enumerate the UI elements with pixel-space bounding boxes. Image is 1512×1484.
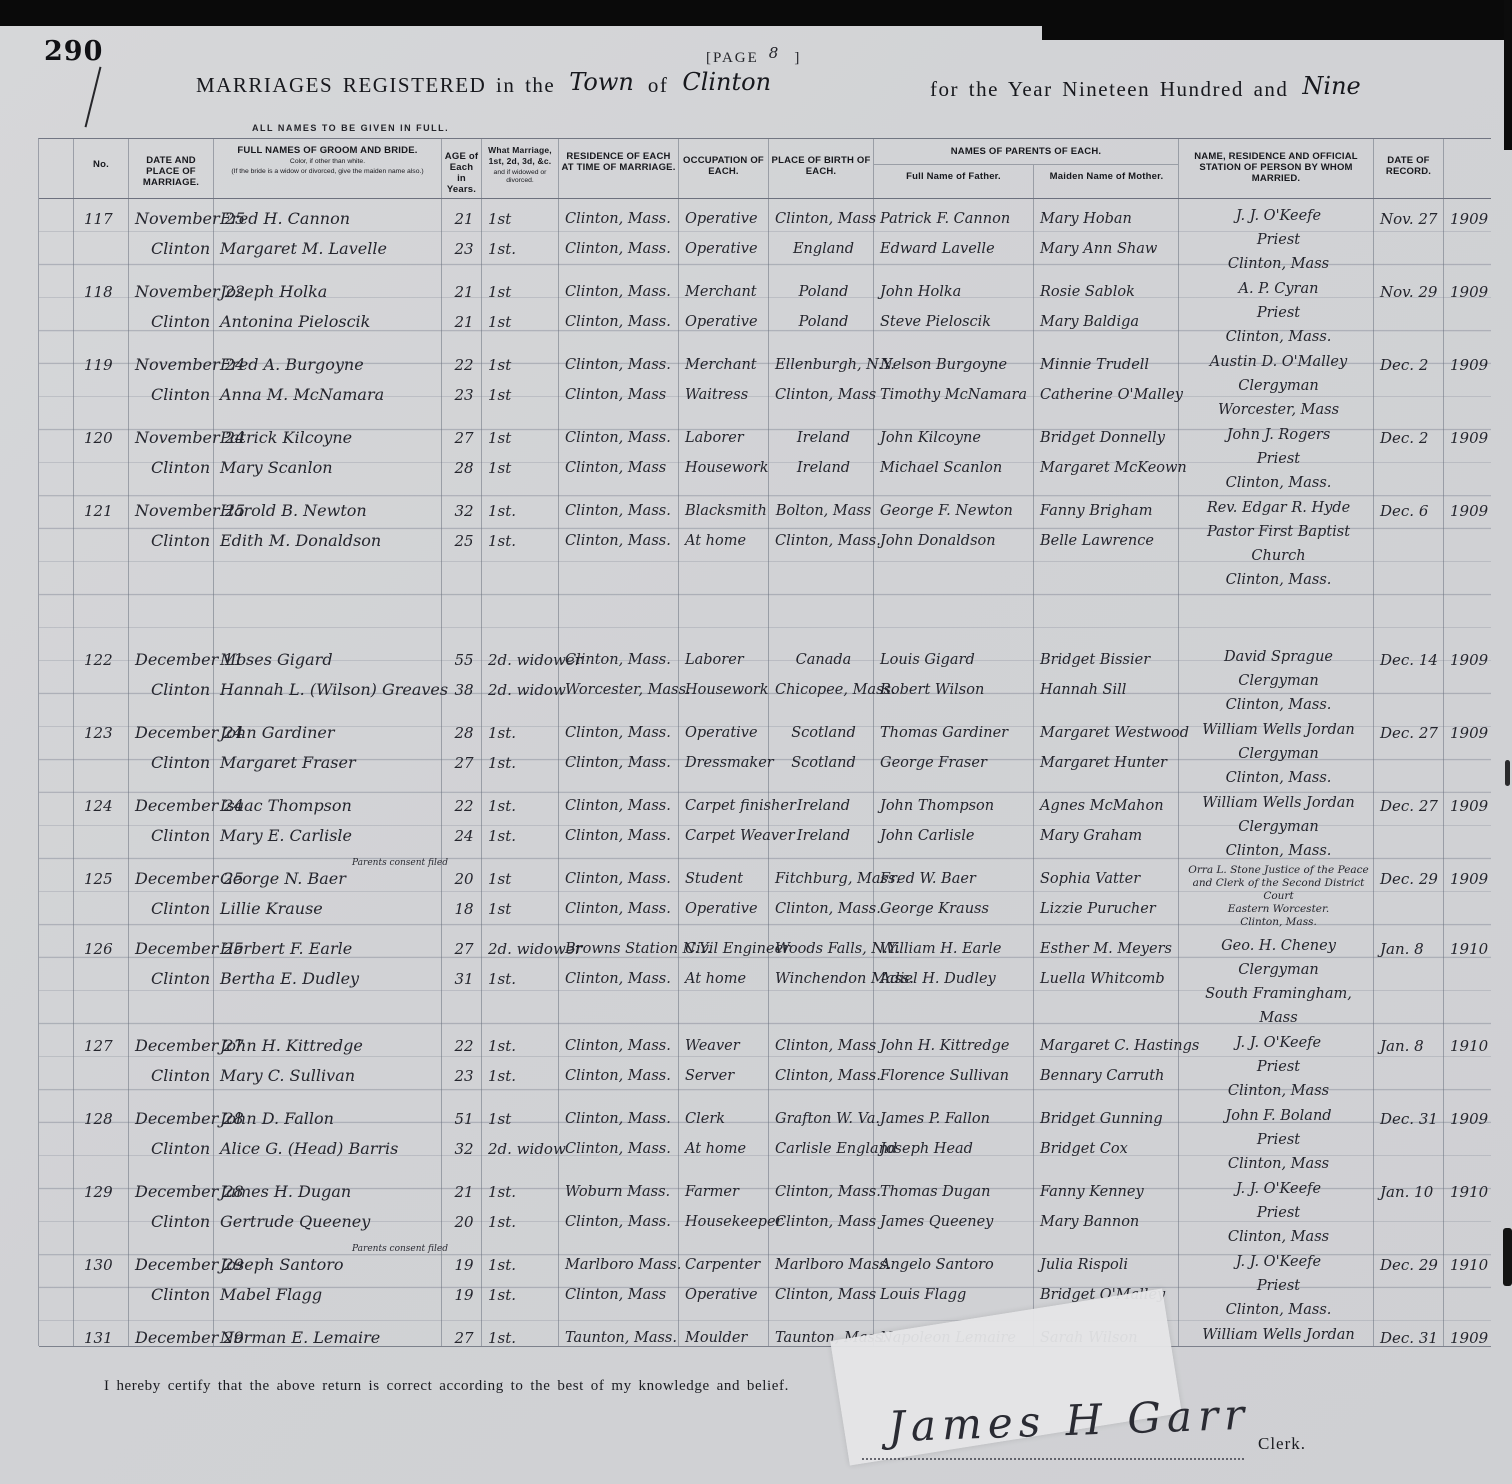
groom-occupation: Blacksmith (685, 496, 767, 526)
occ-cell: MerchantOperative (679, 276, 769, 349)
groom-mother: Fanny Kenney (1040, 1177, 1177, 1207)
rec-cell: Dec. 6 (1374, 495, 1444, 592)
groom-residence: Clinton, Mass. (565, 718, 677, 748)
age-cell: 2120 (442, 1176, 482, 1249)
bride-age: 27 (448, 748, 480, 778)
year-cell: 1909 (1444, 790, 1491, 863)
year-cell: 1909 (1444, 644, 1491, 717)
bride-name: Alice G. (Head) Barris (220, 1134, 440, 1164)
bride-residence: Clinton, Mass (565, 453, 677, 483)
groom-residence: Clinton, Mass. (565, 496, 677, 526)
groom-marriage-number: 1st. (488, 1323, 557, 1347)
by-cell: John J. RogersPriestClinton, Mass. (1179, 422, 1374, 495)
groom-occupation: Clerk (685, 1104, 767, 1134)
register-row: 130December 29ClintonJoseph SantoroMabel… (39, 1249, 1491, 1322)
header-parents-group: NAMES OF PARENTS OF EACH. Full Name of F… (874, 139, 1179, 198)
record-date: Dec. 2 (1380, 423, 1442, 453)
rec-cell: Nov. 29 (1374, 276, 1444, 349)
town-name-handwritten: Clinton (668, 68, 785, 96)
edge-cell (39, 1030, 74, 1103)
register-row: 124December 24ClintonIsaac ThompsonMary … (39, 790, 1491, 863)
married-by-line: John J. Rogers (1185, 423, 1372, 447)
entry-number: 121 (80, 496, 127, 526)
groom-mother: Margaret Westwood (1040, 718, 1177, 748)
by-cell: J. J. O'KeefePriestClinton, Mass (1179, 203, 1374, 276)
birth-cell: IrelandIreland (769, 790, 874, 863)
father-cell: George F. NewtonJohn Donaldson (874, 495, 1034, 592)
header-married-by: NAME, RESIDENCE AND OFFICIAL STATION OF … (1179, 139, 1374, 198)
bride-occupation: Operative (685, 1280, 767, 1310)
bride-residence: Clinton, Mass. (565, 307, 677, 337)
year-cell: 1909 (1444, 422, 1491, 495)
register-title: MARRIAGES REGISTERED in theTownofClinton (196, 70, 785, 98)
entry-number: 128 (80, 1104, 127, 1134)
groom-residence: Clinton, Mass. (565, 277, 677, 307)
married-by-line: Priest (1185, 1201, 1372, 1225)
mother-cell: Agnes McMahonMary Graham (1034, 790, 1179, 863)
bride-residence: Clinton, Mass. (565, 234, 677, 264)
signature-dotted-line (862, 1458, 1244, 1460)
header-full-names: FULL NAMES OF GROOM AND BRIDE. Color, if… (214, 139, 442, 198)
marriage-date: December 29 (135, 1250, 212, 1280)
m-cell: 1st1st (482, 863, 559, 933)
paper-background: 290 [PAGE8] MARRIAGES REGISTERED in theT… (0, 26, 1512, 1484)
marriage-place: Clinton (135, 964, 212, 994)
m-cell: 1st1st (482, 422, 559, 495)
married-by-line: Rev. Edgar R. Hyde (1185, 496, 1372, 520)
m-cell: 1st.1st. (482, 1030, 559, 1103)
rec-cell: Dec. 14 (1374, 644, 1444, 717)
bride-name: Margaret Fraser (220, 748, 440, 778)
marriage-place: Clinton (135, 675, 212, 705)
groom-occupation: Merchant (685, 350, 767, 380)
bride-birthplace: Poland (775, 307, 872, 337)
bride-age: 28 (448, 453, 480, 483)
mother-cell: Minnie TrudellCatherine O'Malley (1034, 349, 1179, 422)
age-cell: 2018 (442, 863, 482, 933)
header-edge-column (39, 139, 74, 198)
by-cell: Orra L. Stone Justice of the Peaceand Cl… (1179, 863, 1374, 933)
scan-edge-mark (1503, 1228, 1512, 1286)
rec-cell: Dec. 27 (1374, 717, 1444, 790)
marriage-date: November 25 (135, 204, 212, 234)
groom-occupation: Operative (685, 204, 767, 234)
groom-name: Herbert F. Earle (220, 934, 440, 964)
marriage-place: Clinton (135, 1207, 212, 1237)
no-cell: 126 (74, 933, 129, 1030)
no-cell: 130 (74, 1249, 129, 1322)
groom-age: 32 (448, 496, 480, 526)
by-cell: John F. BolandPriestClinton, Mass (1179, 1103, 1374, 1176)
record-date: Jan. 10 (1380, 1177, 1442, 1207)
scan-edge-mark-small (1505, 760, 1510, 786)
names-cell: Fred A. BurgoyneAnna M. McNamara (214, 349, 442, 422)
bride-mother: Margaret McKeown (1040, 453, 1177, 483)
groom-mother: Agnes McMahon (1040, 791, 1177, 821)
groom-marriage-number: 1st (488, 864, 557, 894)
entry-number: 118 (80, 277, 127, 307)
groom-name: Fred A. Burgoyne (220, 350, 440, 380)
groom-birthplace: Clinton, Mass (775, 1031, 872, 1061)
edge-cell (39, 1249, 74, 1322)
rec-cell: Dec. 2 (1374, 422, 1444, 495)
bride-occupation: Dressmaker (685, 748, 767, 778)
record-date: Dec. 27 (1380, 718, 1442, 748)
year-cell: 1910 (1444, 933, 1491, 1030)
father-cell: Thomas GardinerGeorge Fraser (874, 717, 1034, 790)
birth-cell: Grafton W. Va.Carlisle England (769, 1103, 874, 1176)
table-header-row: No. DATE AND PLACE OF MARRIAGE. FULL NAM… (39, 139, 1491, 199)
married-by-line: Priest (1185, 1055, 1372, 1079)
bride-birthplace: Ireland (775, 453, 872, 483)
header-date-place: DATE AND PLACE OF MARRIAGE. (129, 139, 214, 198)
father-cell: John KilcoyneMichael Scanlon (874, 422, 1034, 495)
year-cell: 1909 (1444, 203, 1491, 276)
married-by-line: South Framingham, Mass (1185, 982, 1372, 1030)
bride-marriage-number: 1st. (488, 526, 557, 556)
mother-cell: Fanny KenneyMary Bannon (1034, 1176, 1179, 1249)
year-cell: 1909 (1444, 717, 1491, 790)
bride-birthplace: Clinton, Mass. (775, 894, 872, 924)
record-year: 1909 (1450, 423, 1489, 453)
father-cell: Louis GigardRobert Wilson (874, 644, 1034, 717)
bride-father: James Queeney (880, 1207, 1032, 1237)
register-row: 129December 28ClintonJames H. DuganGertr… (39, 1176, 1491, 1249)
bride-father: George Fraser (880, 748, 1032, 778)
register-row: 127December 27ClintonJohn H. KittredgeMa… (39, 1030, 1491, 1103)
groom-name: John Gardiner (220, 718, 440, 748)
birth-cell: Woods Falls, N.Y.Winchendon Mass. (769, 933, 874, 1030)
birth-cell: ScotlandScotland (769, 717, 874, 790)
birth-cell: Clinton, MassClinton, Mass. (769, 1030, 874, 1103)
groom-name: Fred H. Cannon (220, 204, 440, 234)
names-cell: Moses GigardHannah L. (Wilson) Greaves (214, 644, 442, 717)
edge-cell (39, 644, 74, 717)
groom-age: 55 (448, 645, 480, 675)
age-cell: 5132 (442, 1103, 482, 1176)
occ-cell: ClerkAt home (679, 1103, 769, 1176)
date-cell: December 29Clinton (129, 1249, 214, 1322)
groom-name: Harold B. Newton (220, 496, 440, 526)
married-by-line: William Wells Jordan (1185, 1323, 1372, 1347)
married-by-line: Clinton, Mass. (1185, 693, 1372, 717)
no-cell: 125 (74, 863, 129, 933)
groom-occupation: Carpet finisher (685, 791, 767, 821)
bride-marriage-number: 1st (488, 894, 557, 924)
married-by-line: Clinton, Mass. (1185, 1298, 1372, 1322)
date-cell: November 25Clinton (129, 495, 214, 592)
names-cell: Patrick KilcoyneMary Scanlon (214, 422, 442, 495)
bride-residence: Clinton, Mass (565, 380, 677, 410)
bride-mother: Bennary Carruth (1040, 1061, 1177, 1091)
groom-mother: Mary Hoban (1040, 204, 1177, 234)
groom-occupation: Laborer (685, 423, 767, 453)
table-body: 1909 117November 25ClintonFred H. Cannon… (39, 199, 1491, 1347)
groom-mother: Bridget Donnelly (1040, 423, 1177, 453)
header-age: AGE of Each in Years. (442, 139, 482, 198)
res-cell: Browns Station N.Y.Clinton, Mass. (559, 933, 679, 1030)
date-cell: December 27Clinton (129, 1030, 214, 1103)
groom-name: Joseph Santoro (220, 1250, 440, 1280)
edge-cell (39, 717, 74, 790)
page-tag: [PAGE8] (706, 48, 801, 67)
by-cell: William Wells JordanClergymanClinton, Ma… (1179, 717, 1374, 790)
groom-birthplace: Fitchburg, Mass. (775, 864, 872, 894)
marriage-place: Clinton (135, 526, 212, 556)
married-by-line: Clergyman (1185, 742, 1372, 766)
register-row: 117November 25ClintonFred H. CannonMarga… (39, 203, 1491, 276)
groom-residence: Woburn Mass. (565, 1177, 677, 1207)
entry-number: 127 (80, 1031, 127, 1061)
m-cell: 2d. widower1st. (482, 933, 559, 1030)
bride-father: Michael Scanlon (880, 453, 1032, 483)
birth-cell: Fitchburg, Mass.Clinton, Mass. (769, 863, 874, 933)
record-year: 1909 (1450, 864, 1489, 894)
groom-marriage-number: 1st. (488, 1250, 557, 1280)
married-by-line: Clergyman (1185, 815, 1372, 839)
bride-marriage-number: 1st (488, 380, 557, 410)
married-by-line: Clinton, Mass. (1185, 568, 1372, 592)
married-by-line: Priest (1185, 1128, 1372, 1152)
groom-mother: Sophia Vatter (1040, 864, 1177, 894)
scan-edge-top (1042, 0, 1512, 40)
names-cell: James H. DuganGertrude Queeney (214, 1176, 442, 1249)
mother-cell: Mary HobanMary Ann Shaw (1034, 203, 1179, 276)
groom-marriage-number: 1st (488, 423, 557, 453)
no-cell: 119 (74, 349, 129, 422)
groom-father: John Holka (880, 277, 1032, 307)
married-by-line: Clinton, Mass (1185, 252, 1372, 276)
occ-cell: MerchantWaitress (679, 349, 769, 422)
record-year: 1909 (1450, 277, 1489, 307)
groom-birthplace: Poland (775, 277, 872, 307)
no-cell: 123 (74, 717, 129, 790)
town-word-handwritten: Town (555, 68, 648, 96)
groom-father: John Thompson (880, 791, 1032, 821)
groom-name: Isaac Thompson (220, 791, 440, 821)
record-date: Jan. 8 (1380, 1031, 1442, 1061)
register-row: 128December 28ClintonJohn D. FallonAlice… (39, 1103, 1491, 1176)
no-cell: 121 (74, 495, 129, 592)
res-cell: Clinton, Mass.Clinton, Mass. (559, 1030, 679, 1103)
groom-father: Fred W. Baer (880, 864, 1032, 894)
bride-marriage-number: 2d. widow (488, 1134, 557, 1164)
date-cell: November 25Clinton (129, 203, 214, 276)
bride-marriage-number: 1st. (488, 821, 557, 851)
bride-father: George Krauss (880, 894, 1032, 924)
year-cell: 1909 (1444, 1103, 1491, 1176)
marriage-register-table: No. DATE AND PLACE OF MARRIAGE. FULL NAM… (38, 138, 1491, 1346)
married-by-line: Clergyman (1185, 958, 1372, 982)
bride-marriage-number: 2d. widow (488, 675, 557, 705)
marriage-date: December 28 (135, 1177, 212, 1207)
married-by-line: Clinton, Mass (1185, 1079, 1372, 1103)
title-printed-part: MARRIAGES REGISTERED in the (196, 73, 555, 97)
rec-cell: Dec. 29 (1374, 863, 1444, 933)
mother-cell: Sophia VatterLizzie Purucher (1034, 863, 1179, 933)
res-cell: Clinton, Mass.Clinton, Mass. (559, 495, 679, 592)
bride-occupation: Carpet Weaver (685, 821, 767, 851)
record-date: Dec. 27 (1380, 791, 1442, 821)
date-cell: December 25Clinton (129, 863, 214, 933)
marriage-date: November 25 (135, 496, 212, 526)
m-cell: 1st.1st. (482, 495, 559, 592)
header-parents-label: NAMES OF PARENTS OF EACH. (874, 139, 1178, 165)
groom-residence: Clinton, Mass. (565, 1104, 677, 1134)
record-year: 1910 (1450, 1250, 1489, 1280)
res-cell: Marlboro Mass.Clinton, Mass (559, 1249, 679, 1322)
groom-marriage-number: 1st. (488, 718, 557, 748)
clerk-signature: James H Garr (887, 1392, 1251, 1451)
entry-number: 125 (80, 864, 127, 894)
edge-cell (39, 1103, 74, 1176)
bride-age: 18 (448, 894, 480, 924)
married-by-line: Clinton, Mass. (1185, 766, 1372, 790)
year-cell: 1909 (1444, 276, 1491, 349)
age-cell: 2728 (442, 422, 482, 495)
no-cell: 124 (74, 790, 129, 863)
groom-name: Moses Gigard (220, 645, 440, 675)
groom-occupation: Carpenter (685, 1250, 767, 1280)
groom-occupation: Civil Engineer (685, 934, 767, 964)
groom-age: 22 (448, 1031, 480, 1061)
edge-cell (39, 495, 74, 592)
birth-cell: Bolton, MassClinton, Mass. (769, 495, 874, 592)
groom-father: John Kilcoyne (880, 423, 1032, 453)
occ-cell: Civil EngineerAt home (679, 933, 769, 1030)
bride-residence: Clinton, Mass. (565, 964, 677, 994)
groom-occupation: Merchant (685, 277, 767, 307)
marriage-place: Clinton (135, 234, 212, 264)
header-full-names-note1: Color, if other than white. (216, 158, 439, 166)
married-by-line: Worcester, Mass (1185, 398, 1372, 422)
bride-marriage-number: 1st (488, 307, 557, 337)
groom-age: 28 (448, 718, 480, 748)
occ-cell: LaborerHousework (679, 422, 769, 495)
record-date: Dec. 14 (1380, 645, 1442, 675)
register-row: 126December 25ClintonHerbert F. EarleBer… (39, 933, 1491, 1030)
married-by-line: Priest (1185, 301, 1372, 325)
bride-marriage-number: 1st. (488, 1207, 557, 1237)
groom-mother: Fanny Brigham (1040, 496, 1177, 526)
rec-cell: Jan. 10 (1374, 1176, 1444, 1249)
occ-cell: BlacksmithAt home (679, 495, 769, 592)
scanned-register-page: { "page": { "number": "290", "page_label… (0, 0, 1512, 1484)
groom-marriage-number: 1st. (488, 1031, 557, 1061)
header-date-of-record: DATE OF RECORD. (1374, 139, 1444, 198)
res-cell: Clinton, Mass.Clinton, Mass (559, 422, 679, 495)
groom-birthplace: Clinton, Mass (775, 204, 872, 234)
married-by-line: Clinton, Mass. (1185, 916, 1372, 929)
year-word-handwritten: Nine (1288, 72, 1374, 100)
no-cell: 131 (74, 1322, 129, 1347)
marriage-date: November 24 (135, 350, 212, 380)
entry-number: 119 (80, 350, 127, 380)
record-year: 1910 (1450, 1177, 1489, 1207)
record-year: 1909 (1450, 645, 1489, 675)
groom-residence: Clinton, Mass. (565, 864, 677, 894)
marriage-date: December 29 (135, 1323, 212, 1347)
groom-marriage-number: 1st (488, 204, 557, 234)
birth-cell: Ellenburgh, N.Y.Clinton, Mass (769, 349, 874, 422)
marriage-date: November 24 (135, 423, 212, 453)
m-cell: 1st.1st. (482, 717, 559, 790)
bride-occupation: Waitress (685, 380, 767, 410)
bride-father: Joseph Head (880, 1134, 1032, 1164)
year-cell: 1910 (1444, 1030, 1491, 1103)
names-cell: Joseph SantoroMabel FlaggParents consent… (214, 1249, 442, 1322)
header-full-names-note2: (If the bride is a widow or divorced, gi… (216, 168, 439, 176)
age-cell: 2223 (442, 349, 482, 422)
header-year-column (1444, 139, 1491, 198)
married-by-line: Clinton, Mass. (1185, 839, 1372, 863)
married-by-line: Clinton, Mass (1185, 1225, 1372, 1249)
bride-mother: Lizzie Purucher (1040, 894, 1177, 924)
bride-mother: Mary Graham (1040, 821, 1177, 851)
father-cell: John ThompsonJohn Carlisle (874, 790, 1034, 863)
groom-father: Thomas Gardiner (880, 718, 1032, 748)
record-date: Dec. 31 (1380, 1104, 1442, 1134)
groom-occupation: Moulder (685, 1323, 767, 1347)
no-cell: 117 (74, 203, 129, 276)
entry-number: 130 (80, 1250, 127, 1280)
groom-occupation: Laborer (685, 645, 767, 675)
groom-age: 19 (448, 1250, 480, 1280)
year-cell: 1909 (1444, 1322, 1491, 1347)
header-what-marriage: What Marriage, 1st, 2d, 3d, &c. and if w… (482, 139, 559, 198)
married-by-line: J. J. O'Keefe (1185, 1177, 1372, 1201)
groom-marriage-number: 1st. (488, 496, 557, 526)
bride-mother: Catherine O'Malley (1040, 380, 1177, 410)
birth-cell: Clinton, MassEngland (769, 203, 874, 276)
groom-name: John D. Fallon (220, 1104, 440, 1134)
bride-occupation: At home (685, 1134, 767, 1164)
no-cell: 120 (74, 422, 129, 495)
bride-occupation: Housekeeper (685, 1207, 767, 1237)
date-cell: December 11Clinton (129, 644, 214, 717)
edge-cell (39, 349, 74, 422)
record-year: 1910 (1450, 934, 1489, 964)
groom-age: 22 (448, 791, 480, 821)
bride-marriage-number: 1st. (488, 234, 557, 264)
bride-birthplace: England (775, 234, 872, 264)
names-cell: John H. KittredgeMary C. Sullivan (214, 1030, 442, 1103)
entry-number: 124 (80, 791, 127, 821)
bride-birthplace: Clinton, Mass. (775, 526, 872, 556)
bride-occupation: Operative (685, 307, 767, 337)
year-cell: 1910 (1444, 1249, 1491, 1322)
rec-cell: Jan. 8 (1374, 1030, 1444, 1103)
groom-mother: Rosie Sablok (1040, 277, 1177, 307)
names-cell: John D. FallonAlice G. (Head) Barris (214, 1103, 442, 1176)
record-date: Dec. 29 (1380, 1250, 1442, 1280)
bride-name: Mary E. Carlisle (220, 821, 440, 851)
bride-age: 38 (448, 675, 480, 705)
marriage-place: Clinton (135, 1280, 212, 1310)
register-row: 121November 25ClintonHarold B. NewtonEdi… (39, 495, 1491, 592)
m-cell: 1st1st (482, 349, 559, 422)
married-by-line: A. P. Cyran (1185, 277, 1372, 301)
married-by-line: William Wells Jordan (1185, 718, 1372, 742)
by-cell: Austin D. O'MalleyClergymanWorcester, Ma… (1179, 349, 1374, 422)
m-cell: 1st.1st. (482, 790, 559, 863)
marriage-place: Clinton (135, 380, 212, 410)
age-cell: 3225 (442, 495, 482, 592)
married-by-line: Orra L. Stone Justice of the Peace (1185, 864, 1372, 877)
bride-occupation: Operative (685, 894, 767, 924)
year-cell: 1909 (1444, 349, 1491, 422)
groom-name: Norman E. Lemaire (220, 1323, 440, 1347)
